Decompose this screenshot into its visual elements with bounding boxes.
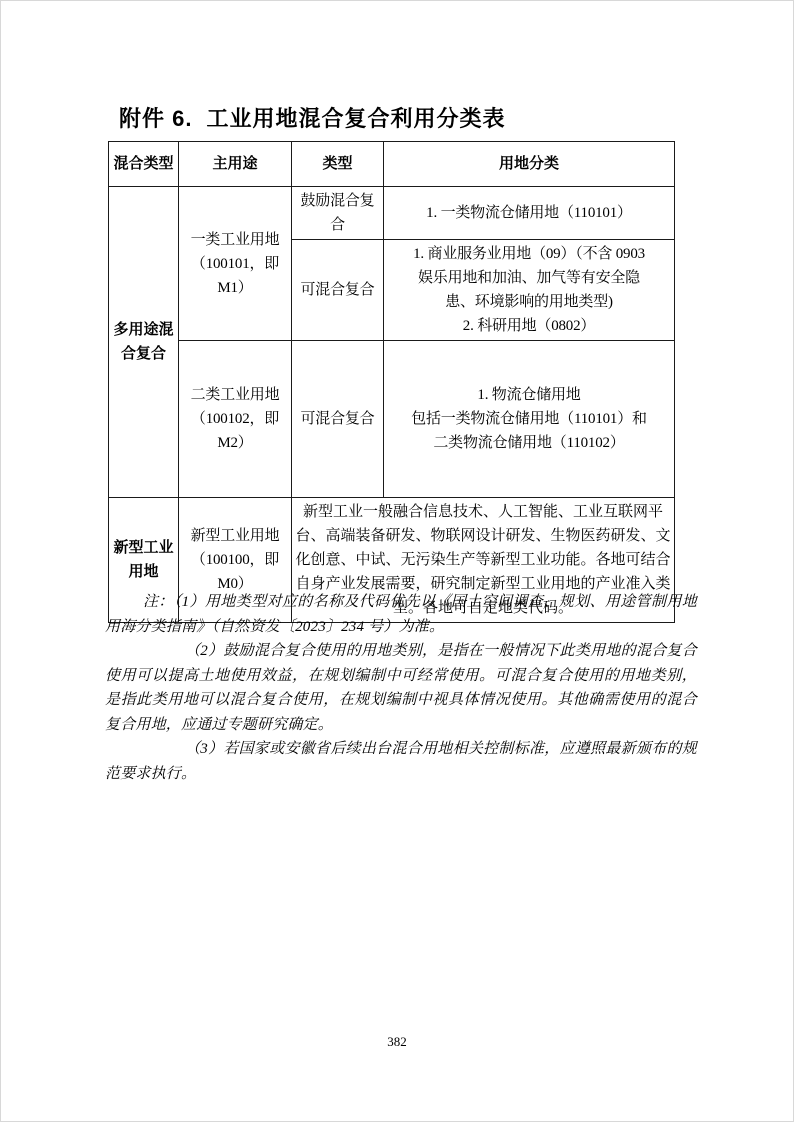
classification-table: 混合类型 主用途 类型 用地分类 多用途混 合复合 一类工业用地 （100101… bbox=[108, 141, 675, 623]
cell-allowed-type-m1: 可混合复合 bbox=[292, 240, 384, 341]
header-land-classification: 用地分类 bbox=[384, 142, 675, 187]
note-3: （3）若国家或安徽省后续出台混合用地相关控制标准，应遵照最新颁布的规范要求执行。 bbox=[105, 737, 697, 786]
cell-allowed-classification-m2: 1. 物流仓储用地 包括一类物流仓储用地（110101）和 二类物流仓储用地（1… bbox=[384, 341, 675, 498]
table-row: 多用途混 合复合 一类工业用地 （100101，即 M1） 鼓励混合复合 1. … bbox=[109, 187, 675, 240]
cell-encouraged-type: 鼓励混合复合 bbox=[292, 187, 384, 240]
note-1: 注：（1）用地类型对应的名称及代码优先以《国土空间调查、规划、用途管制用地用海分… bbox=[105, 590, 697, 639]
page-number: 382 bbox=[1, 1034, 793, 1050]
notes-section: 注：（1）用地类型对应的名称及代码优先以《国土空间调查、规划、用途管制用地用海分… bbox=[105, 590, 697, 786]
cell-group1-label: 多用途混 合复合 bbox=[109, 187, 179, 498]
cell-encouraged-classification: 1. 一类物流仓储用地（110101） bbox=[384, 187, 675, 240]
page-title-text: 工业用地混合复合利用分类表 bbox=[206, 106, 505, 131]
header-main-use: 主用途 bbox=[179, 142, 292, 187]
cell-allowed-type-m2: 可混合复合 bbox=[292, 341, 384, 498]
table-header-row: 混合类型 主用途 类型 用地分类 bbox=[109, 142, 675, 187]
attachment-number: 附件 6. bbox=[119, 106, 192, 131]
note-2: （2）鼓励混合复合使用的用地类别，是指在一般情况下此类用地的混合复合使用可以提高… bbox=[105, 639, 697, 737]
table-row: 二类工业用地 （100102，即 M2） 可混合复合 1. 物流仓储用地 包括一… bbox=[109, 341, 675, 498]
document-page: 附件 6.工业用地混合复合利用分类表 混合类型 主用途 类型 用地分类 多用途混… bbox=[0, 0, 794, 1122]
cell-allowed-classification-m1: 1. 商业服务业用地（09）（不含 0903 娱乐用地和加油、加气等有安全隐 患… bbox=[384, 240, 675, 341]
page-title: 附件 6.工业用地混合复合利用分类表 bbox=[119, 102, 505, 133]
header-mix-type: 混合类型 bbox=[109, 142, 179, 187]
cell-group1-main-use-m2: 二类工业用地 （100102，即 M2） bbox=[179, 341, 292, 498]
header-type: 类型 bbox=[292, 142, 384, 187]
cell-group1-main-use-m1: 一类工业用地 （100101，即 M1） bbox=[179, 187, 292, 341]
